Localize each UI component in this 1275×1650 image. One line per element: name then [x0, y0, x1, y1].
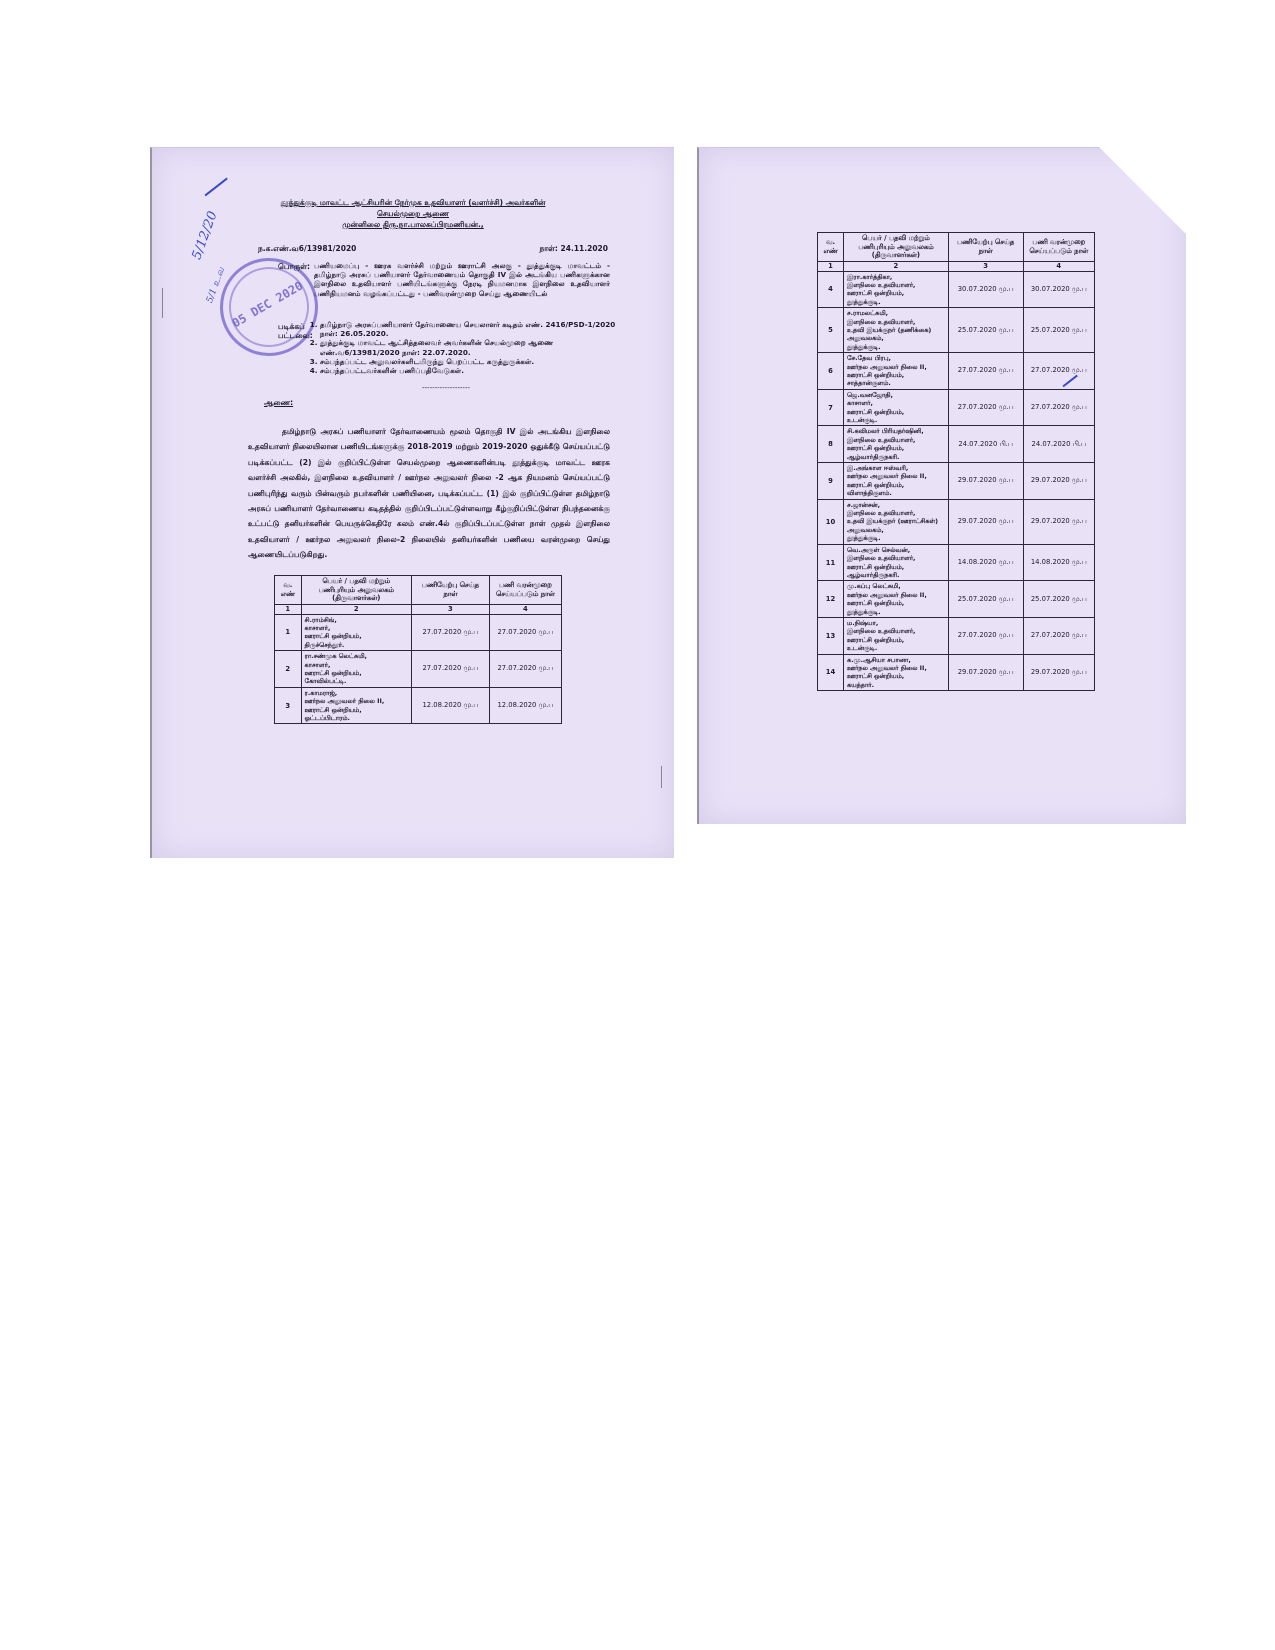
table-body: 1சி.ராம்சிங்,காசாளர்,ஊராட்சி ஒன்றியம்,தி…	[275, 614, 562, 724]
scanned-page-2: வ. எண் பெயர் / பதவி மற்றும் பணிபுரியும் …	[697, 147, 1186, 824]
col-number: 3	[411, 604, 489, 614]
fold-mark	[162, 288, 163, 318]
regularization-date-cell: 27.07.2020 மு.ப	[489, 614, 561, 651]
col-header-regularized: பணி வரன்முறை செய்யப்படும் நாள்	[1023, 233, 1094, 262]
read-item: சம்பந்தப்பட்ட அலுவலர்களிடமிருந்து பெறப்ப…	[320, 357, 620, 366]
scanned-page-1: தூத்துக்குடி மாவட்ட ஆட்சியரின் நேர்முக உ…	[150, 147, 674, 858]
reads-list: தமிழ்நாடு அரசுப்பணியாளர் தேர்வாணைய செயலா…	[306, 320, 620, 375]
table-header-row: வ. எண் பெயர் / பதவி மற்றும் பணிபுரியும் …	[275, 576, 562, 605]
employee-detail-line: ஊராட்சி ஒன்றியம்,	[847, 408, 945, 416]
col-header-name: பெயர் / பதவி மற்றும் பணிபுரியும் அலுவலகம…	[301, 576, 411, 605]
employee-detail-line: இரா.கார்த்திகா,	[847, 273, 945, 281]
col-number: 3	[948, 261, 1023, 271]
regularization-date-cell: 29.07.2020 மு.ப	[1023, 463, 1094, 500]
employee-detail-line: வெ.அருள் செல்வன்,	[847, 546, 945, 554]
employee-detail-line: தூத்துக்குடி.	[847, 298, 945, 306]
col-header-regularized: பணி வரன்முறை செய்யப்படும் நாள்	[489, 576, 561, 605]
regularization-date-cell: 27.07.2020 மு.ப	[489, 651, 561, 688]
employee-detail-line: சி.கவிமலர் பிரியதர்ஷினி,	[847, 427, 945, 435]
serial-number-cell: 10	[818, 499, 844, 544]
serial-number-cell: 13	[818, 617, 844, 654]
employee-detail-line: இளநிலை உதவியாளர்,	[847, 436, 945, 444]
employee-detail-line: தூத்துக்குடி.	[847, 343, 945, 351]
employee-detail-line: தூத்துக்குடி.	[847, 534, 945, 542]
col-number: 4	[1023, 261, 1094, 271]
employee-detail-line: க.மு.ஆசியா சபானா,	[847, 656, 945, 664]
employee-detail-line: ஓட்டப்பிடாரம்.	[305, 714, 408, 722]
table-row: 11வெ.அருள் செல்வன்,இளநிலை உதவியாளர்,ஊராட…	[818, 544, 1095, 581]
employee-detail-line: ஊர்நல அலுவலர் நிலை II,	[847, 363, 945, 371]
employee-detail-line: காசாளர்,	[305, 661, 408, 669]
serial-number-cell: 12	[818, 581, 844, 618]
serial-number-cell: 8	[818, 426, 844, 463]
order-label: ஆணை:	[264, 398, 293, 408]
reference-number: ந.க.எண்.வ6/13981/2020	[258, 244, 356, 254]
subject-label: பொருள்:	[278, 262, 310, 272]
employee-detail-line: ஊராட்சி ஒன்றியம்,	[847, 563, 945, 571]
regularization-date-cell: 24.07.2020 பி.ப	[1023, 426, 1094, 463]
read-item: சம்பந்தப்பட்டவர்களின் பணிப்பதிவேடுகள்.	[320, 366, 620, 375]
table-row: 12மு.கப்பு லெட்சுமி,ஊர்நல அலுவலர் நிலை I…	[818, 581, 1095, 618]
employee-detail-line: உடன்குடி.	[847, 416, 945, 424]
subject-text: பணியமைப்பு - ஊரக வளர்ச்சி மற்றும் ஊராட்ச…	[314, 261, 610, 298]
employee-detail-line: காசாளர்,	[847, 399, 945, 407]
col-number: 2	[844, 261, 949, 271]
employee-detail-line: சாத்தான்குளம்.	[847, 379, 945, 387]
joining-date-cell: 29.07.2020 மு.ப	[948, 463, 1023, 500]
fold-mark	[661, 766, 662, 788]
order-header-line1: தூத்துக்குடி மாவட்ட ஆட்சியரின் நேர்முக உ…	[152, 198, 674, 208]
employee-detail-line: கயத்தார்.	[847, 681, 945, 689]
employee-detail-line: ஊராட்சி ஒன்றியம்,	[305, 706, 408, 714]
serial-number-cell: 4	[818, 271, 844, 308]
order-header-line2: செயல்முறை ஆணை	[152, 209, 674, 219]
order-body: தமிழ்நாடு அரசுப் பணியாளர் தேர்வாணையம் மூ…	[248, 424, 610, 563]
employee-detail-line: இளநிலை உதவியாளர்,	[847, 554, 945, 562]
employee-details-cell: இ.அங்காள ஈஸ்வரி,ஊர்நல அலுவலர் நிலை II,ஊர…	[844, 463, 949, 500]
regularization-table-page1: வ. எண் பெயர் / பதவி மற்றும் பணிபுரியும் …	[274, 575, 562, 724]
col-header-joined: பணியேற்பு செய்த நாள்	[411, 576, 489, 605]
regularization-date-cell: 29.07.2020 மு.ப	[1023, 654, 1094, 691]
serial-number-cell: 5	[818, 308, 844, 353]
employee-detail-line: சி.ராம்சிங்,	[305, 616, 408, 624]
table-row: 2ரா.சண்முக லெட்சுமி,காசாளர்,ஊராட்சி ஒன்ற…	[275, 651, 562, 688]
table-row: 8சி.கவிமலர் பிரியதர்ஷினி,இளநிலை உதவியாளர…	[818, 426, 1095, 463]
joining-date-cell: 27.07.2020 மு.ப	[948, 617, 1023, 654]
employee-details-cell: மு.கப்பு லெட்சுமி,ஊர்நல அலுவலர் நிலை II,…	[844, 581, 949, 618]
serial-number-cell: 14	[818, 654, 844, 691]
col-header-joined: பணியேற்பு செய்த நாள்	[948, 233, 1023, 262]
regularization-date-cell: 27.07.2020 மு.ப	[1023, 389, 1094, 426]
employee-detail-line: உடன்குடி.	[847, 644, 945, 652]
col-number: 1	[275, 604, 302, 614]
joining-date-cell: 27.07.2020 மு.ப	[411, 651, 489, 688]
regularization-date-cell: 14.08.2020 மு.ப	[1023, 544, 1094, 581]
joining-date-cell: 27.07.2020 மு.ப	[411, 614, 489, 651]
serial-number-cell: 3	[275, 687, 302, 724]
regularization-date-cell: 27.07.2020 மு.ப	[1023, 617, 1094, 654]
employee-details-cell: ர.காமராஜ்,ஊர்நல அலுவலர் நிலை II,ஊராட்சி …	[301, 687, 411, 724]
column-number-row: 1 2 3 4	[275, 604, 562, 614]
employee-detail-line: ஜெ.வனஜோதி,	[847, 391, 945, 399]
employee-details-cell: ம.நிஷ்யா,இளநிலை உதவியாளர்,ஊராட்சி ஒன்றிய…	[844, 617, 949, 654]
employee-detail-line: இளநிலை உதவியாளர்,	[847, 627, 945, 635]
employee-detail-line: ஊராட்சி ஒன்றியம்,	[847, 481, 945, 489]
employee-details-cell: ச.ஜான்சன்,இளநிலை உதவியாளர்,உதவி இயக்குநர…	[844, 499, 949, 544]
folded-corner	[1098, 146, 1188, 236]
employee-detail-line: ஊராட்சி ஒன்றியம்,	[847, 636, 945, 644]
serial-number-cell: 2	[275, 651, 302, 688]
serial-number-cell: 7	[818, 389, 844, 426]
employee-detail-line: ர.காமராஜ்,	[305, 689, 408, 697]
employee-details-cell: இரா.கார்த்திகா,இளநிலை உதவியாளர்,ஊராட்சி …	[844, 271, 949, 308]
employee-detail-line: கோவில்பட்டி.	[305, 677, 408, 685]
employee-details-cell: ச.ராமலட்சுமி,இளநிலை உதவியாளர்,உதவி இயக்க…	[844, 308, 949, 353]
employee-detail-line: இளநிலை உதவியாளர்,	[847, 509, 945, 517]
joining-date-cell: 25.07.2020 மு.ப	[948, 581, 1023, 618]
employee-detail-line: ஊராட்சி ஒன்றியம்,	[847, 289, 945, 297]
employee-detail-line: உதவி இயக்குநர் (ஊராட்சிகள்)	[847, 517, 945, 525]
col-number: 4	[489, 604, 561, 614]
regularization-date-cell: 25.07.2020 மு.ப	[1023, 581, 1094, 618]
employee-details-cell: சி.ராம்சிங்,காசாளர்,ஊராட்சி ஒன்றியம்,திர…	[301, 614, 411, 651]
regularization-date-cell: 12.08.2020 மு.ப	[489, 687, 561, 724]
employee-detail-line: இளநிலை உதவியாளர்,	[847, 281, 945, 289]
col-header-serial: வ. எண்	[818, 233, 844, 262]
order-date: நாள்: 24.11.2020	[539, 244, 608, 254]
employee-detail-line: அலுவலகம்,	[847, 526, 945, 534]
employee-detail-line: சே.தேவ பிரபு,	[847, 354, 945, 362]
employee-detail-line: ஆழ்வார்திருநகரி.	[847, 453, 945, 461]
table-row: 9இ.அங்காள ஈஸ்வரி,ஊர்நல அலுவலர் நிலை II,ஊ…	[818, 463, 1095, 500]
joining-date-cell: 29.07.2020 மு.ப	[948, 499, 1023, 544]
employee-detail-line: இ.அங்காள ஈஸ்வரி,	[847, 464, 945, 472]
employee-detail-line: விளாத்திகுளம்.	[847, 489, 945, 497]
table-row: 6சே.தேவ பிரபு,ஊர்நல அலுவலர் நிலை II,ஊராட…	[818, 353, 1095, 390]
employee-detail-line: இளநிலை உதவியாளர்,	[847, 318, 945, 326]
employee-detail-line: ஊராட்சி ஒன்றியம்,	[847, 371, 945, 379]
employee-detail-line: ச.ராமலட்சுமி,	[847, 309, 945, 317]
joining-date-cell: 24.07.2020 பி.ப	[948, 426, 1023, 463]
table-body: 4இரா.கார்த்திகா,இளநிலை உதவியாளர்,ஊராட்சி…	[818, 271, 1095, 691]
separator-line: -------------------	[422, 384, 470, 392]
order-header-line3: முன்னிலை திரு.நா.பாலசுப்பிரமணியன்.,	[152, 220, 674, 230]
employee-details-cell: க.மு.ஆசியா சபானா,ஊர்நல அலுவலர் நிலை II,ஊ…	[844, 654, 949, 691]
pen-mark	[205, 178, 228, 196]
table-header-row: வ. எண் பெயர் / பதவி மற்றும் பணிபுரியும் …	[818, 233, 1095, 262]
employee-detail-line: ச.ஜான்சன்,	[847, 501, 945, 509]
col-number: 2	[301, 604, 411, 614]
table-row: 3ர.காமராஜ்,ஊர்நல அலுவலர் நிலை II,ஊராட்சி…	[275, 687, 562, 724]
column-number-row: 1 2 3 4	[818, 261, 1095, 271]
employee-details-cell: வெ.அருள் செல்வன்,இளநிலை உதவியாளர்,ஊராட்ச…	[844, 544, 949, 581]
employee-detail-line: ஊராட்சி ஒன்றியம்,	[305, 669, 408, 677]
employee-details-cell: சே.தேவ பிரபு,ஊர்நல அலுவலர் நிலை II,ஊராட்…	[844, 353, 949, 390]
employee-detail-line: ஆழ்வார்திருநகரி.	[847, 571, 945, 579]
table-row: 13ம.நிஷ்யா,இளநிலை உதவியாளர்,ஊராட்சி ஒன்ற…	[818, 617, 1095, 654]
col-number: 1	[818, 261, 844, 271]
table-row: 10ச.ஜான்சன்,இளநிலை உதவியாளர்,உதவி இயக்கு…	[818, 499, 1095, 544]
employee-detail-line: ஊராட்சி ஒன்றியம்,	[847, 672, 945, 680]
employee-details-cell: ஜெ.வனஜோதி,காசாளர்,ஊராட்சி ஒன்றியம்,உடன்க…	[844, 389, 949, 426]
joining-date-cell: 27.07.2020 மு.ப	[948, 353, 1023, 390]
employee-details-cell: ரா.சண்முக லெட்சுமி,காசாளர்,ஊராட்சி ஒன்றி…	[301, 651, 411, 688]
table-row: 7ஜெ.வனஜோதி,காசாளர்,ஊராட்சி ஒன்றியம்,உடன்…	[818, 389, 1095, 426]
regularization-date-cell: 27.07.2020 மு.ப	[1023, 353, 1094, 390]
table-row: 1சி.ராம்சிங்,காசாளர்,ஊராட்சி ஒன்றியம்,தி…	[275, 614, 562, 651]
employee-detail-line: ஊராட்சி ஒன்றியம்,	[305, 632, 408, 640]
employee-detail-line: ம.நிஷ்யா,	[847, 619, 945, 627]
employee-detail-line: ஊர்நல அலுவலர் நிலை II,	[847, 472, 945, 480]
employee-detail-line: தூத்துக்குடி.	[847, 608, 945, 616]
table-row: 4இரா.கார்த்திகா,இளநிலை உதவியாளர்,ஊராட்சி…	[818, 271, 1095, 308]
joining-date-cell: 25.07.2020 மு.ப	[948, 308, 1023, 353]
joining-date-cell: 27.07.2020 மு.ப	[948, 389, 1023, 426]
employee-detail-line: ரா.சண்முக லெட்சுமி,	[305, 652, 408, 660]
employee-detail-line: அலுவலகம்,	[847, 334, 945, 342]
regularization-date-cell: 30.07.2020 மு.ப	[1023, 271, 1094, 308]
serial-number-cell: 1	[275, 614, 302, 651]
joining-date-cell: 12.08.2020 மு.ப	[411, 687, 489, 724]
regularization-table-page2: வ. எண் பெயர் / பதவி மற்றும் பணிபுரியும் …	[817, 232, 1095, 691]
employee-detail-line: ஊர்நல அலுவலர் நிலை II,	[847, 591, 945, 599]
employee-detail-line: காசாளர்,	[305, 624, 408, 632]
employee-detail-line: மு.கப்பு லெட்சுமி,	[847, 582, 945, 590]
col-header-name: பெயர் / பதவி மற்றும் பணிபுரியும் அலுவலகம…	[844, 233, 949, 262]
table-row: 5ச.ராமலட்சுமி,இளநிலை உதவியாளர்,உதவி இயக்…	[818, 308, 1095, 353]
col-header-serial: வ. எண்	[275, 576, 302, 605]
serial-number-cell: 11	[818, 544, 844, 581]
joining-date-cell: 14.08.2020 மு.ப	[948, 544, 1023, 581]
employee-detail-line: ஊர்நல அலுவலர் நிலை II,	[847, 664, 945, 672]
table-row: 14க.மு.ஆசியா சபானா,ஊர்நல அலுவலர் நிலை II…	[818, 654, 1095, 691]
employee-detail-line: ஊராட்சி ஒன்றியம்,	[847, 599, 945, 607]
joining-date-cell: 30.07.2020 மு.ப	[948, 271, 1023, 308]
regularization-date-cell: 29.07.2020 மு.ப	[1023, 499, 1094, 544]
employee-detail-line: திருச்செந்தூர்.	[305, 641, 408, 649]
joining-date-cell: 29.07.2020 மு.ப	[948, 654, 1023, 691]
read-item: தூத்துக்குடி மாவட்ட ஆட்சித்தலைவர் அவர்கள…	[320, 338, 620, 356]
employee-details-cell: சி.கவிமலர் பிரியதர்ஷினி,இளநிலை உதவியாளர்…	[844, 426, 949, 463]
employee-detail-line: ஊர்நல அலுவலர் நிலை II,	[305, 697, 408, 705]
serial-number-cell: 6	[818, 353, 844, 390]
employee-detail-line: ஊராட்சி ஒன்றியம்,	[847, 444, 945, 452]
serial-number-cell: 9	[818, 463, 844, 500]
regularization-date-cell: 25.07.2020 மு.ப	[1023, 308, 1094, 353]
employee-detail-line: உதவி இயக்குநர் (தணிக்கை)	[847, 326, 945, 334]
read-item: தமிழ்நாடு அரசுப்பணியாளர் தேர்வாணைய செயலா…	[320, 320, 620, 338]
